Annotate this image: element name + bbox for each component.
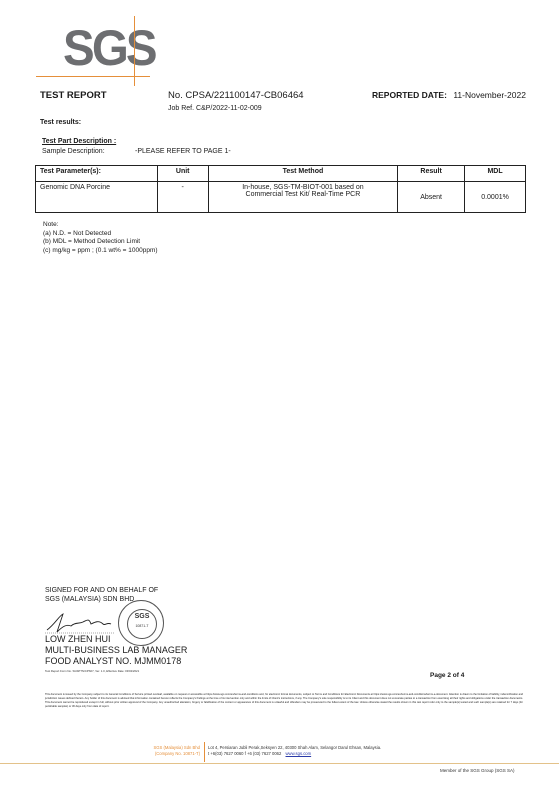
logo-horizontal-rule (36, 76, 150, 77)
signed-line-1: SIGNED FOR AND ON BEHALF OF (45, 586, 158, 595)
note-item: (b) MDL = Method Detection Limit (43, 238, 158, 247)
note-item: (a) N.D. = Not Detected (43, 230, 158, 239)
results-table: Test Parameter(s): Unit Test Method Resu… (35, 165, 526, 213)
footer-contact: t +6(03) 7627 0060 f +6 (03) 7627 0062 w… (208, 751, 381, 757)
reported-date-label: REPORTED DATE: (372, 90, 447, 100)
footer-rule (0, 763, 559, 764)
logo-vertical-rule (134, 16, 135, 86)
page-number: Page 2 of 4 (430, 672, 464, 679)
handwritten-signature-icon (45, 612, 115, 634)
cell-parameter: Genomic DNA Porcine (36, 182, 158, 213)
cell-mdl: 0.0001% (465, 182, 526, 213)
job-reference: Job Ref. C&P/2022-11-02-009 (168, 105, 262, 112)
test-results-label: Test results: (40, 119, 81, 126)
sample-description-label: Sample Description: (42, 148, 105, 155)
report-title: TEST REPORT (40, 90, 107, 101)
footer-company-number: (Company No. 10871-T) (100, 751, 200, 757)
disclaimer-text: This document is issued by the Company s… (45, 693, 523, 709)
table-header-row: Test Parameter(s): Unit Test Method Resu… (36, 166, 526, 182)
reported-date-value: 11-November-2022 (453, 90, 526, 100)
cell-unit: - (157, 182, 208, 213)
header-result: Result (398, 166, 465, 182)
cell-result: Absent (398, 182, 465, 213)
note-item: (c) mg/kg = ppm ; (0.1 wt% = 1000ppm) (43, 247, 158, 256)
header-mdl: MDL (465, 166, 526, 182)
signatory-role: MULTI-BUSINESS LAB MANAGER (45, 645, 187, 656)
signatory-name: LOW ZHEN HUI (45, 634, 187, 645)
reported-date: REPORTED DATE: 11-November-2022 (372, 90, 526, 100)
test-part-description-label: Test Part Description : (42, 138, 116, 145)
cell-method: In-house, SGS-TM-BIOT-001 based on Comme… (208, 182, 398, 213)
report-number: No. CPSA/221100147-CB06464 (168, 90, 304, 101)
logo-text: SGS (63, 20, 155, 76)
footer-address-block: Lot 4, Persiaran Jubli Perak,Seksyen 22,… (208, 745, 381, 757)
stamp-number: 10871-T (128, 624, 156, 628)
footer-phone: t +6(03) 7627 0060 f +6 (03) 7627 0062 (208, 751, 281, 756)
notes-title: Note: (43, 221, 158, 230)
footer-member: Member of the SGS Group (SGS SA) (440, 768, 515, 773)
header-test-parameter: Test Parameter(s): (36, 166, 158, 182)
method-line-2: Commercial Test Kit/ Real-Time PCR (213, 191, 394, 198)
form-number: Test Report Form No. SGSPTN/CPS07, Ver. … (45, 669, 139, 673)
footer-divider (204, 742, 205, 762)
sample-description-value: -PLEASE REFER TO PAGE 1- (135, 148, 231, 155)
sgs-logo: SGS (36, 12, 156, 74)
notes: Note: (a) N.D. = Not Detected (b) MDL = … (43, 221, 158, 255)
stamp-logo: SGS (135, 613, 150, 620)
signatory: LOW ZHEN HUI MULTI-BUSINESS LAB MANAGER … (45, 634, 187, 667)
footer-company: SGS (Malaysia) Sdn Bhd (Company No. 1087… (100, 745, 200, 757)
header-unit: Unit (157, 166, 208, 182)
table-row: Genomic DNA Porcine - In-house, SGS-TM-B… (36, 182, 526, 213)
header-test-method: Test Method (208, 166, 398, 182)
method-line-1: In-house, SGS-TM-BIOT-001 based on (213, 184, 394, 191)
footer-website-link[interactable]: www.sgs.com (286, 751, 312, 756)
signatory-analyst-no: FOOD ANALYST NO. MJMM0178 (45, 656, 187, 667)
